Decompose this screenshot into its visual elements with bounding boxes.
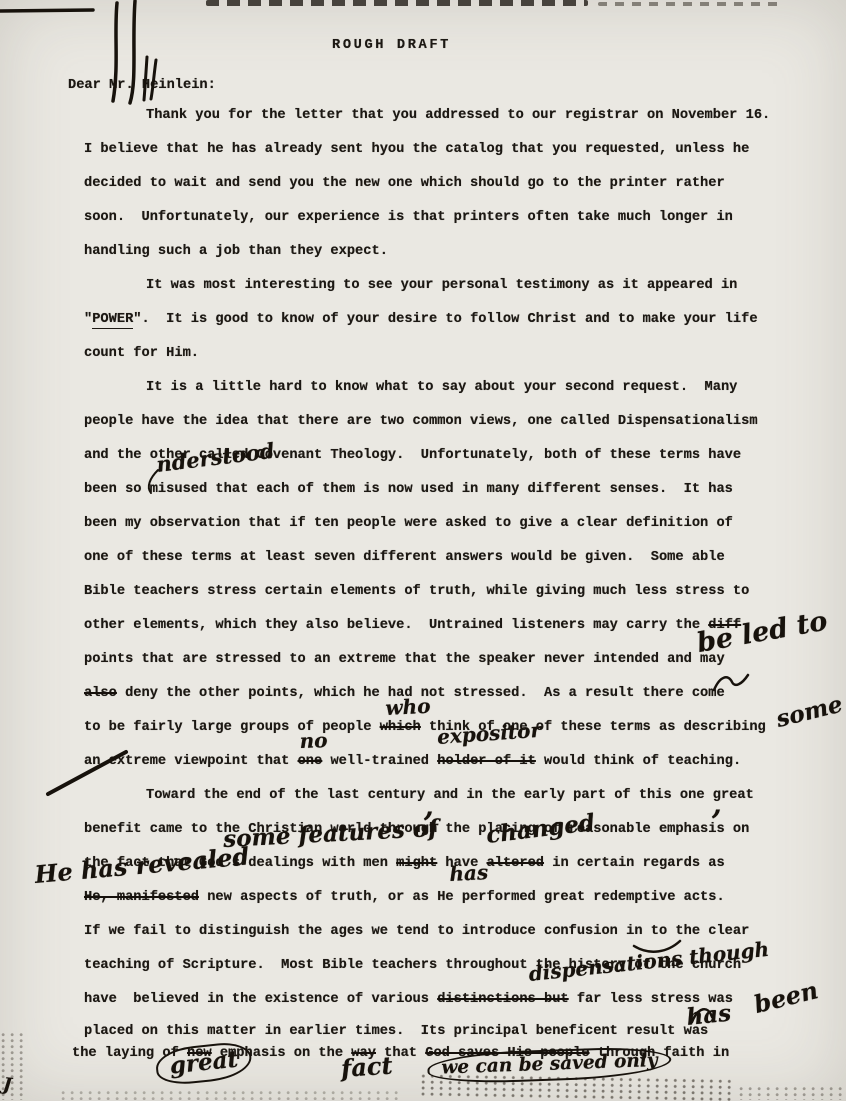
- struck-text: which: [380, 720, 421, 735]
- annotation-corner-mark: J: [2, 1074, 13, 1096]
- typed-text: to be fairly large groups of people: [84, 720, 380, 735]
- annotation-no: no: [299, 728, 328, 753]
- typed-text: ": [84, 312, 92, 327]
- annotation-been: been: [751, 975, 821, 1019]
- struck-text: altered: [487, 856, 545, 871]
- struck-text: one: [298, 754, 323, 769]
- scan-noise: [738, 1086, 844, 1100]
- struck-text: distinctions but: [437, 992, 568, 1007]
- scan-artifact-top-strip: [206, 0, 588, 6]
- typed-text: placed on this matter in earlier times. …: [84, 1024, 684, 1039]
- annotation-he-has-revealed: He has revealed: [33, 841, 250, 889]
- typed-line: count for Him.: [84, 344, 199, 363]
- typed-line: other elements, which they also believe.…: [84, 616, 741, 635]
- typed-line: have believed in the existence of variou…: [84, 990, 733, 1009]
- typed-line: points that are stressed to an extreme t…: [84, 650, 725, 669]
- typed-line: people have the idea that there are two …: [84, 412, 758, 431]
- typed-text: other elements, which they also believe.…: [84, 618, 708, 633]
- typed-text: ". It is good to know of your desire to …: [133, 312, 757, 327]
- typed-text: extreme viewpoint that: [100, 754, 297, 769]
- annotation-dispensations-though: dispensations though: [527, 937, 770, 986]
- typed-text: have believed in the existence of variou…: [84, 992, 437, 1007]
- scan-noise: [60, 1090, 400, 1100]
- annotation-be-led-to: be led to: [695, 606, 830, 659]
- annotation-changed: changed: [485, 809, 597, 849]
- typed-line: Thank you for the letter that you addres…: [146, 106, 770, 125]
- typed-text: in certain regards as: [544, 856, 725, 871]
- typed-line: He, manifested new aspects of truth, or …: [84, 888, 725, 907]
- typed-line: placed on this matter in earlier times. …: [84, 1022, 708, 1041]
- struck-text: also: [84, 686, 117, 701]
- typed-line: an extreme viewpoint that one well-train…: [84, 752, 741, 771]
- annotation-some: some: [773, 691, 845, 733]
- typed-line: Toward the end of the last century and i…: [146, 786, 754, 805]
- typed-text: an: [84, 754, 100, 769]
- pen-stroke-horizontal: [0, 10, 93, 11]
- typed-line: It is a little hard to know what to say …: [146, 378, 737, 397]
- annotation-has: has: [449, 860, 489, 886]
- typed-line: to be fairly large groups of people whic…: [84, 718, 766, 737]
- struck-text: He, manifested: [84, 890, 199, 905]
- salutation: Dear Mr. Heinlein:: [68, 76, 216, 95]
- struck-text: might: [396, 856, 437, 871]
- underlined-text: POWER: [92, 312, 133, 329]
- typed-text: well-trained: [322, 754, 437, 769]
- typed-line: decided to wait and send you the new one…: [84, 174, 725, 193]
- struck-text: holder of it: [437, 754, 536, 769]
- typed-line: Bible teachers stress certain elements o…: [84, 582, 749, 601]
- annotation-who: who: [385, 694, 431, 720]
- typed-line: "POWER". It is good to know of your desi…: [84, 310, 758, 329]
- annotation-comma: ,: [712, 788, 722, 821]
- typed-line: been so misused that each of them is now…: [84, 480, 733, 499]
- scan-artifact-top-strip: [598, 2, 783, 6]
- typed-text: would think of teaching.: [536, 754, 741, 769]
- typed-line: If we fail to distinguish the ages we te…: [84, 922, 749, 941]
- typed-line: handling such a job than they expect.: [84, 242, 388, 261]
- annotation-nderstood-insert: nderstood: [155, 438, 276, 477]
- scanned-letter-page: ROUGH DRAFT Dear Mr. Heinlein: Thank you…: [0, 0, 846, 1101]
- typed-line: been my observation that if ten people w…: [84, 514, 733, 533]
- typed-line: one of these terms at least seven differ…: [84, 548, 725, 567]
- typed-line: I believe that he has already sent hyou …: [84, 140, 749, 159]
- rough-draft-label: ROUGH DRAFT: [332, 36, 451, 55]
- typed-line: It was most interesting to see your pers…: [146, 276, 737, 295]
- typed-text: new aspects of truth, or as He performed…: [199, 890, 725, 905]
- annotation-has: has: [685, 999, 732, 1031]
- annotation-fact: fact: [340, 1050, 393, 1083]
- typed-line: soon. Unfortunately, our experience is t…: [84, 208, 733, 227]
